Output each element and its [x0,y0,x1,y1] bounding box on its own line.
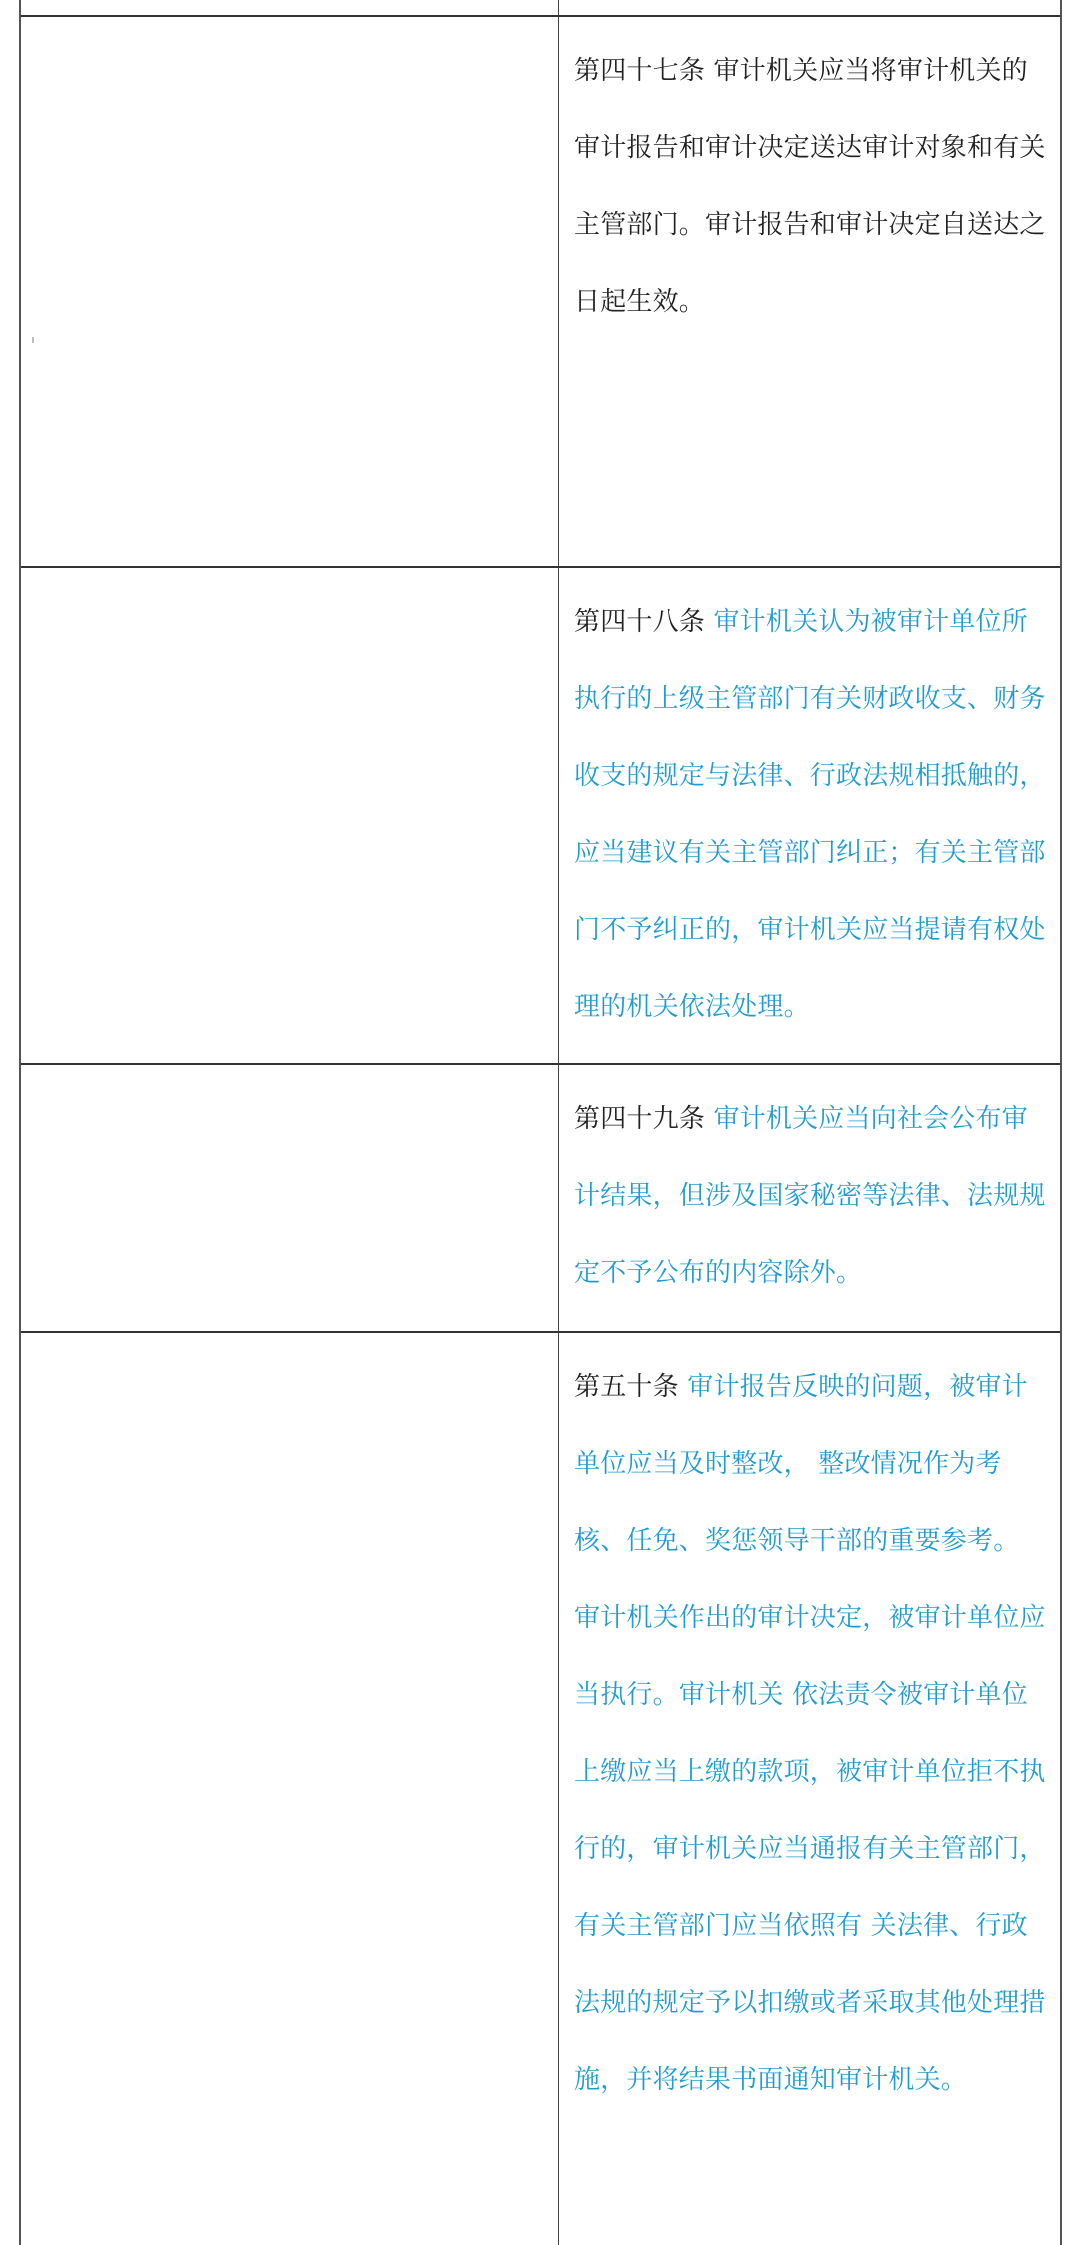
left-cell-empty [21,568,558,1063]
article-heading: 第四十七条 [574,56,705,86]
right-cell: 第五十条 审计报告反映的问题，被审计单位应当及时整改， 整改情况作为考核、任免、… [559,1333,1060,2245]
table-row: 第四十九条 审计机关应当向社会公布审计结果，但涉及国家秘密等法律、法规规定不予公… [21,1065,1060,1331]
article-49: 第四十九条 审计机关应当向社会公布审计结果，但涉及国家秘密等法律、法规规定不予公… [574,1081,1052,1312]
article-50: 第五十条 审计报告反映的问题，被审计单位应当及时整改， 整改情况作为考核、任免、… [574,1349,1052,1580]
right-cell: 第四十七条 审计机关应当将审计机关的审计报告和审计决定送达审计对象和有关主管部门… [559,17,1060,566]
article-50-paragraph-2: 审计机关作出的审计决定，被审计单位应当执行。审计机关 依法责令被审计单位上缴应当… [574,1580,1052,2119]
article-heading: 第五十条 [574,1372,679,1402]
article-heading: 第四十八条 [574,607,705,637]
article-heading: 第四十九条 [574,1104,705,1134]
table-row: 第四十八条 审计机关认为被审计单位所执行的上级主管部门有关财政收支、财务收支的规… [21,568,1060,1063]
left-cell-empty [21,1065,558,1331]
table-row: 第五十条 审计报告反映的问题，被审计单位应当及时整改， 整改情况作为考核、任免、… [21,1333,1060,2245]
article-47: 第四十七条 审计机关应当将审计机关的审计报告和审计决定送达审计对象和有关主管部门… [574,33,1052,341]
article-text: 审计机关应当将审计机关的审计报告和审计决定送达审计对象和有关主管部门。审计报告和… [574,56,1046,317]
right-cell: 第四十八条 审计机关认为被审计单位所执行的上级主管部门有关财政收支、财务收支的规… [559,568,1060,1063]
left-cell-empty [21,1333,558,2245]
table-row: 第四十七条 审计机关应当将审计机关的审计报告和审计决定送达审计对象和有关主管部门… [21,17,1060,566]
article-48: 第四十八条 审计机关认为被审计单位所执行的上级主管部门有关财政收支、财务收支的规… [574,584,1052,1046]
comparison-table: 第四十七条 审计机关应当将审计机关的审计报告和审计决定送达审计对象和有关主管部门… [19,0,1062,2245]
right-cell: 第四十九条 审计机关应当向社会公布审计结果，但涉及国家秘密等法律、法规规定不予公… [559,1065,1060,1331]
article-text: 审计机关认为被审计单位所执行的上级主管部门有关财政收支、财务收支的规定与法律、行… [574,607,1046,1022]
scan-speck [32,337,34,343]
left-cell-empty [21,17,558,566]
